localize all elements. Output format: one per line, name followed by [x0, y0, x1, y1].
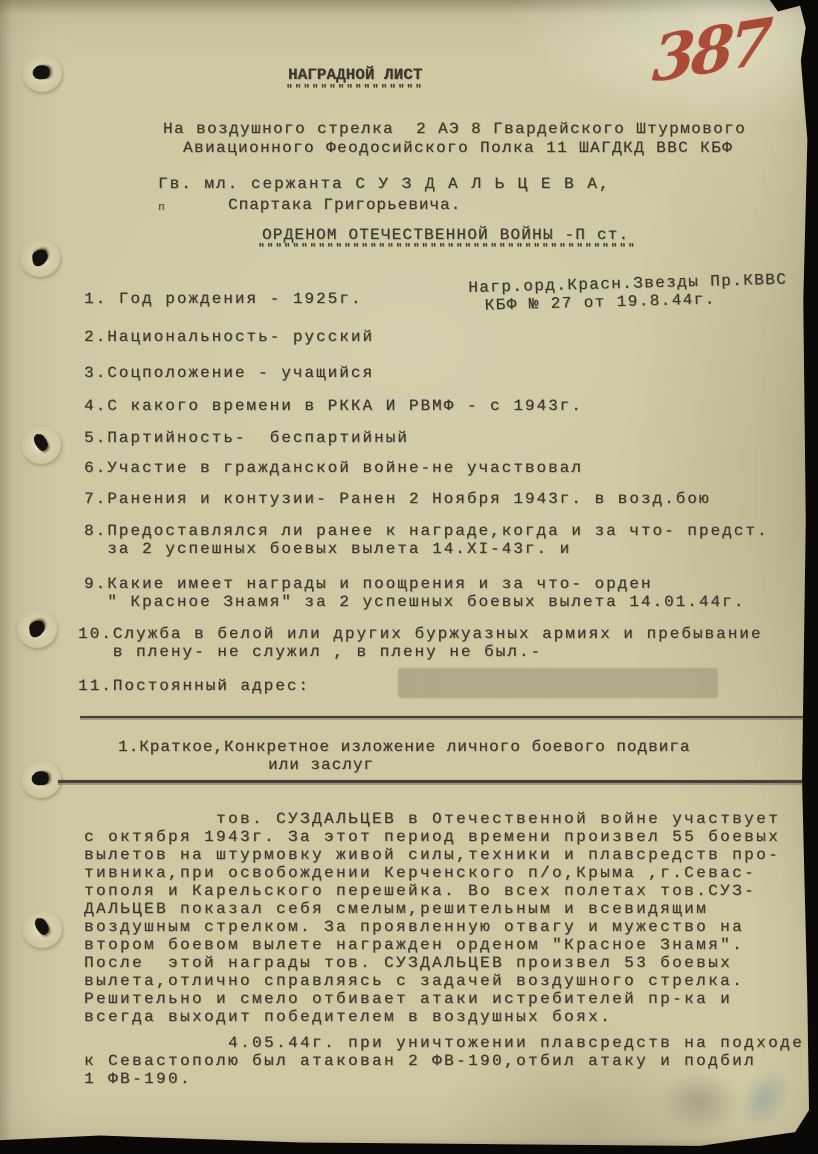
section-heading-line-1: 1.Краткое,Конкретное изложение личного б…	[118, 738, 690, 756]
page-number-annotation: 387	[651, 4, 771, 97]
separator-line	[58, 780, 808, 783]
gray-smudge	[660, 1072, 740, 1132]
item-7-wounds: 7.Ранения и контузии- Ранен 2 Ноября 194…	[84, 490, 710, 508]
citation-paragraph-1: тов. СУЗДАЛЬЦЕВ в Отечественной войне уч…	[84, 810, 780, 1026]
unit-line-1: На воздушного стрелка 2 АЭ 8 Гвардейског…	[163, 120, 746, 138]
award-underline-marks: """"""""""""""""""""""""""""""""""""""""…	[258, 243, 636, 255]
title-underline-marks: """"""""""""""""	[286, 84, 424, 96]
award-title: ОРДЕНОМ ОТЕЧЕСТВЕННОЙ ВОЙНЫ -П ст.	[262, 226, 629, 244]
punch-hole	[28, 916, 56, 942]
punch-hole	[27, 766, 55, 792]
recipient-patronymic: Спартака Григорьевича.	[228, 196, 461, 214]
punch-hole	[28, 60, 56, 86]
item-5-party-status: 5.Партийность- беспартийный	[84, 429, 409, 447]
item-8-prior-nominations: 8.Предоставлялся ли ранее к награде,когд…	[84, 522, 769, 558]
item-1-birth-year: 1. Год рождения - 1925г.	[84, 290, 362, 308]
item-9-existing-awards: 9.Какие имеет награды и поощрения и за ч…	[84, 575, 745, 611]
side-note: Нагр.орд.Красн.Звезды Пр.КВВС КБФ № 27 о…	[468, 271, 788, 315]
punch-hole	[26, 245, 54, 271]
section-heading-line-2: или заслуг	[268, 756, 374, 774]
item-6-civil-war: 6.Участие в гражданской войне-не участво…	[84, 459, 583, 477]
punch-hole	[23, 616, 51, 642]
recipient-rank-name: Гв. мл. сержанта С У З Д А Л Ь Ц Е В А,	[158, 175, 610, 193]
document-title: НАГРАДНОЙ ЛИСТ	[288, 66, 422, 84]
stray-type-mark: п	[158, 199, 167, 217]
redaction-block	[398, 668, 718, 698]
item-4-service-since: 4.С какого времени в РККА И РВМФ - с 194…	[84, 397, 583, 415]
unit-line-2: Авиационного Феодосийского Полка 11 ШАГД…	[183, 139, 733, 157]
separator-line	[80, 716, 806, 718]
punch-hole	[27, 432, 55, 458]
item-11-permanent-address: 11.Постоянный адрес:	[78, 677, 310, 695]
item-3-social-status: 3.Соцположение - учащийся	[84, 364, 374, 382]
item-2-nationality: 2.Национальность- русский	[84, 328, 374, 346]
document-scan: 387 НАГРАДНОЙ ЛИСТ """""""""""""""" На в…	[0, 0, 818, 1154]
item-10-white-army-service: 10.Служба в белой или других буржуазных …	[78, 625, 763, 661]
